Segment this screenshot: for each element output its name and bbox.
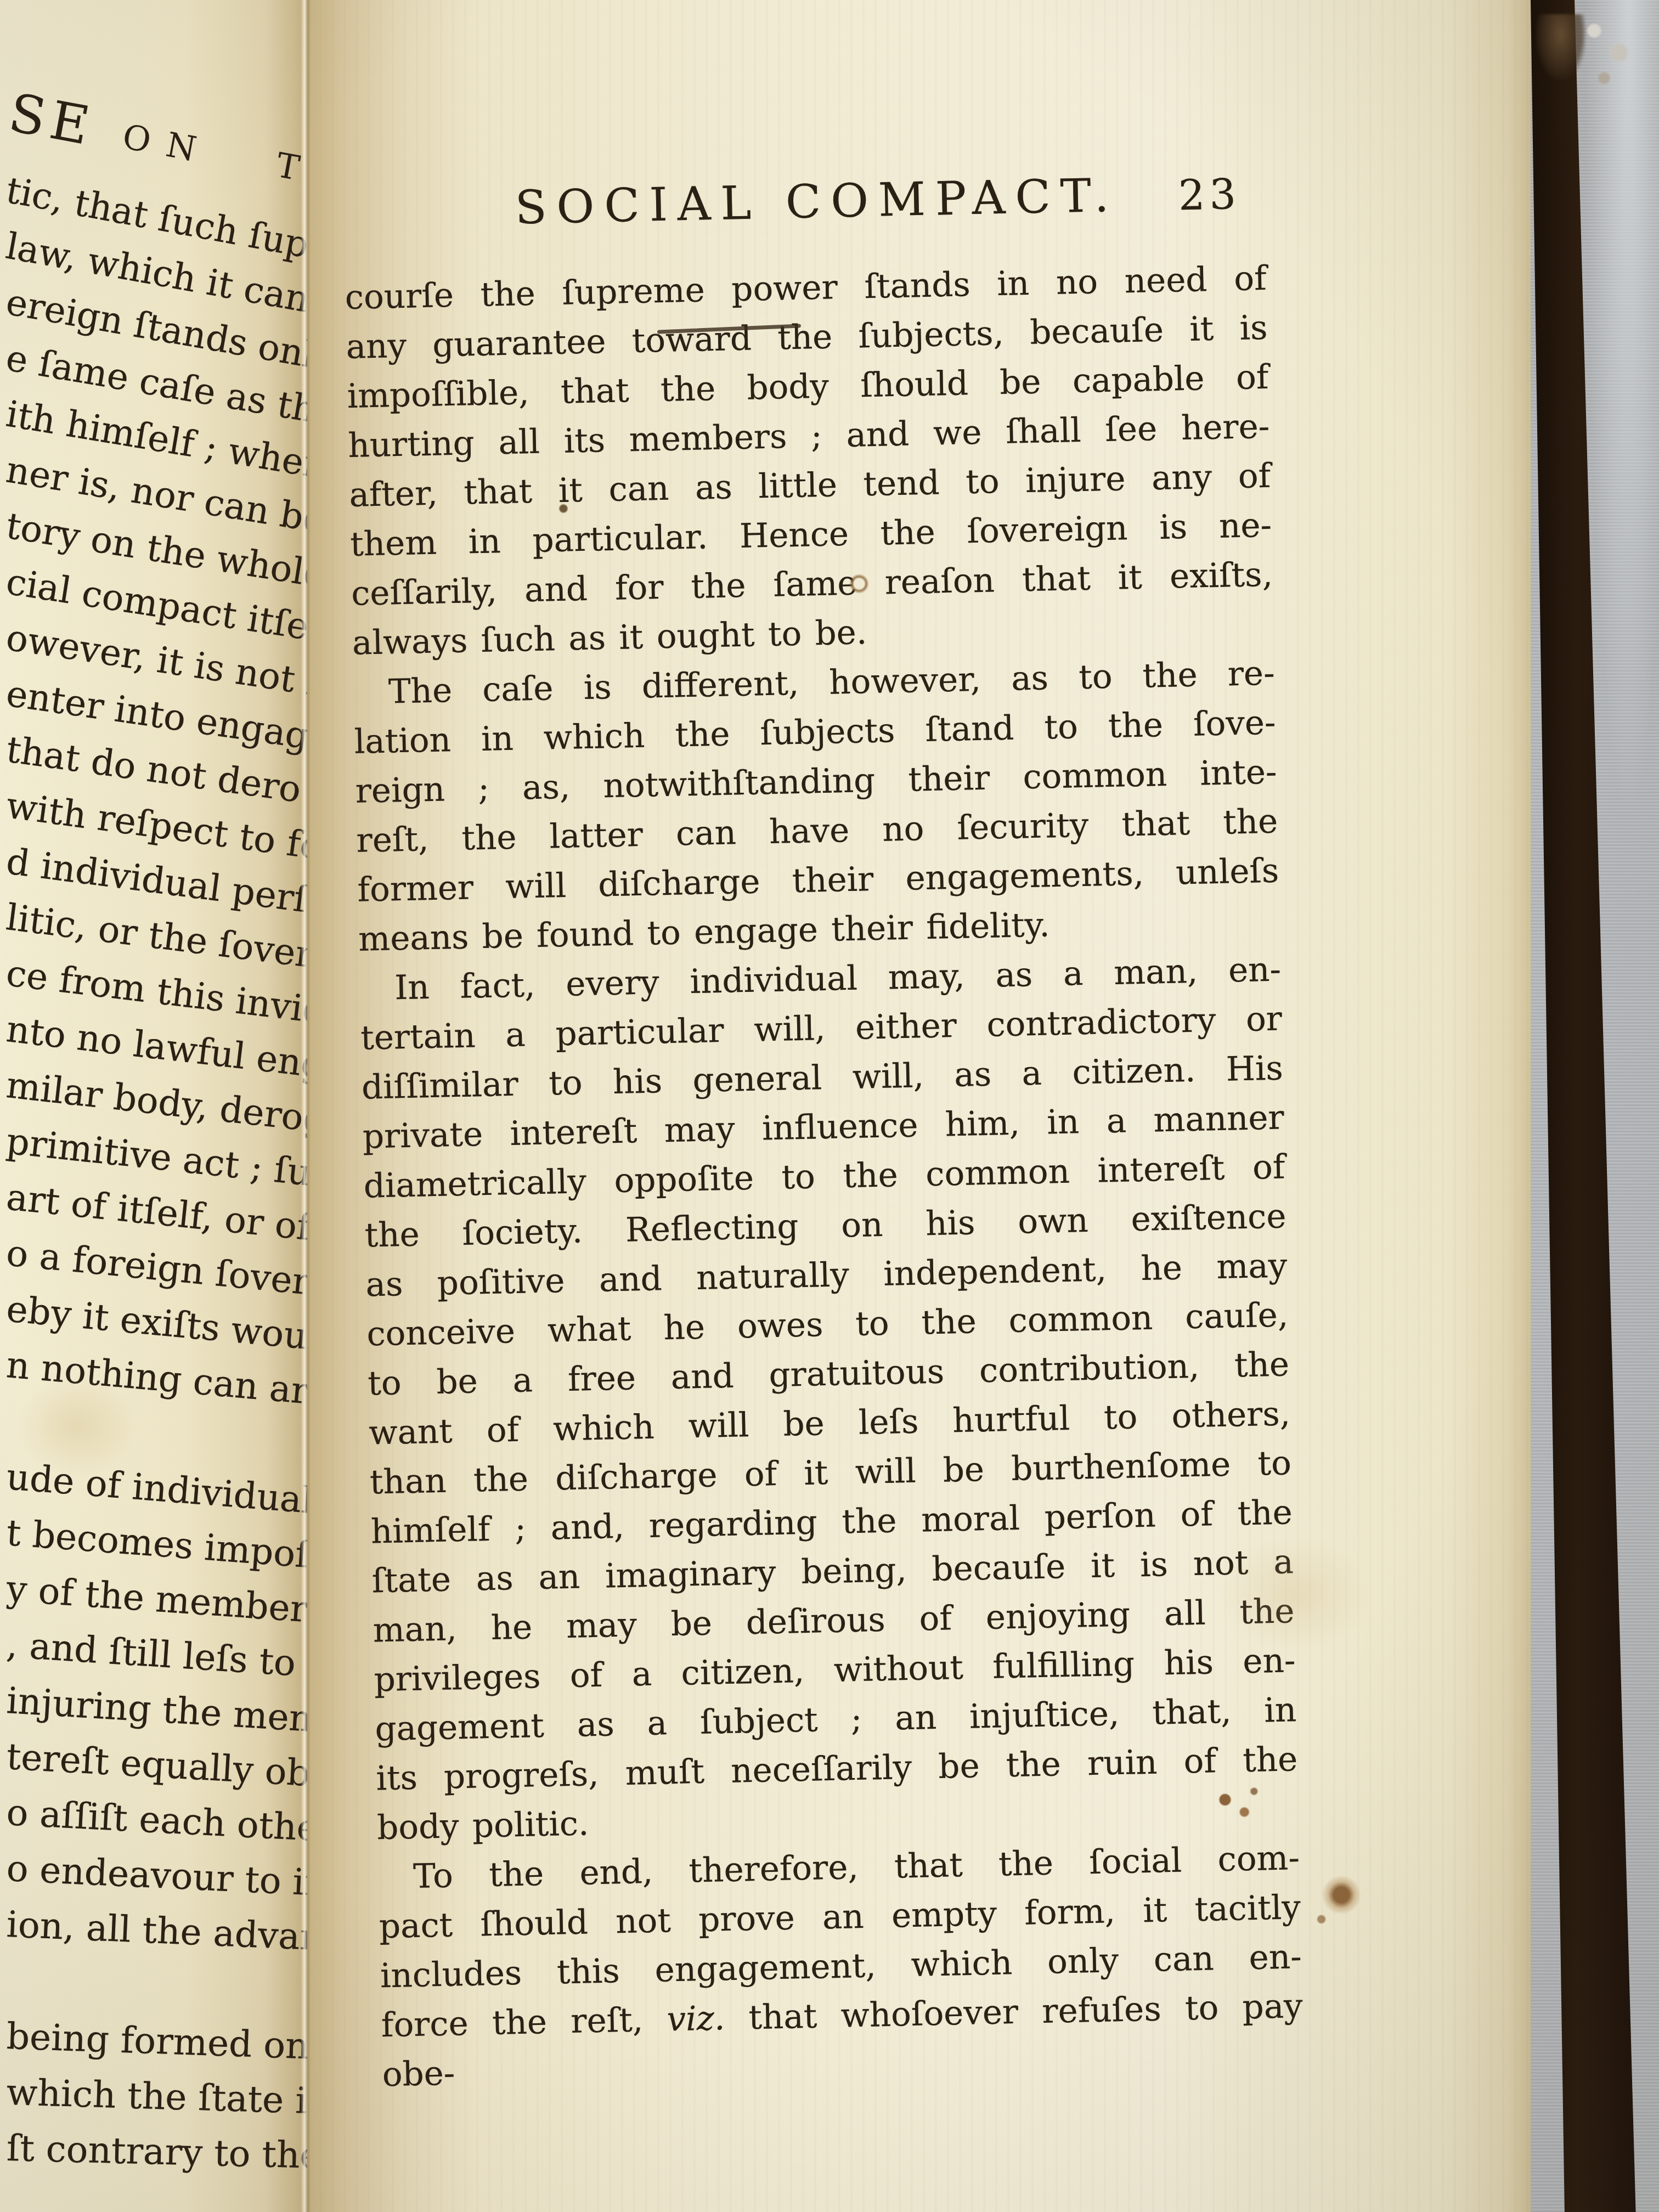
dust-specks	[1561, 4, 1644, 92]
book-photo: SEON THE tic, that ſuch ſuprlaw, which i…	[0, 0, 1659, 2212]
left-header-large-text: SE	[4, 82, 100, 158]
page-fold-shadow	[301, 0, 311, 2212]
text-line: which the ſtate is c	[6, 2064, 307, 2129]
text-line: being formed onl	[5, 2008, 307, 2074]
text-line: ſt contrary to their	[6, 2120, 307, 2183]
left-page-lines: tic, that ſuch ſuprlaw, which it canerei…	[7, 162, 307, 2176]
page-number: 23	[1178, 170, 1241, 219]
right-page-lines: courſe the ſupreme power ſtands in no ne…	[345, 254, 1304, 2100]
left-page: SEON THE tic, that ſuch ſuprlaw, which i…	[0, 0, 307, 2212]
